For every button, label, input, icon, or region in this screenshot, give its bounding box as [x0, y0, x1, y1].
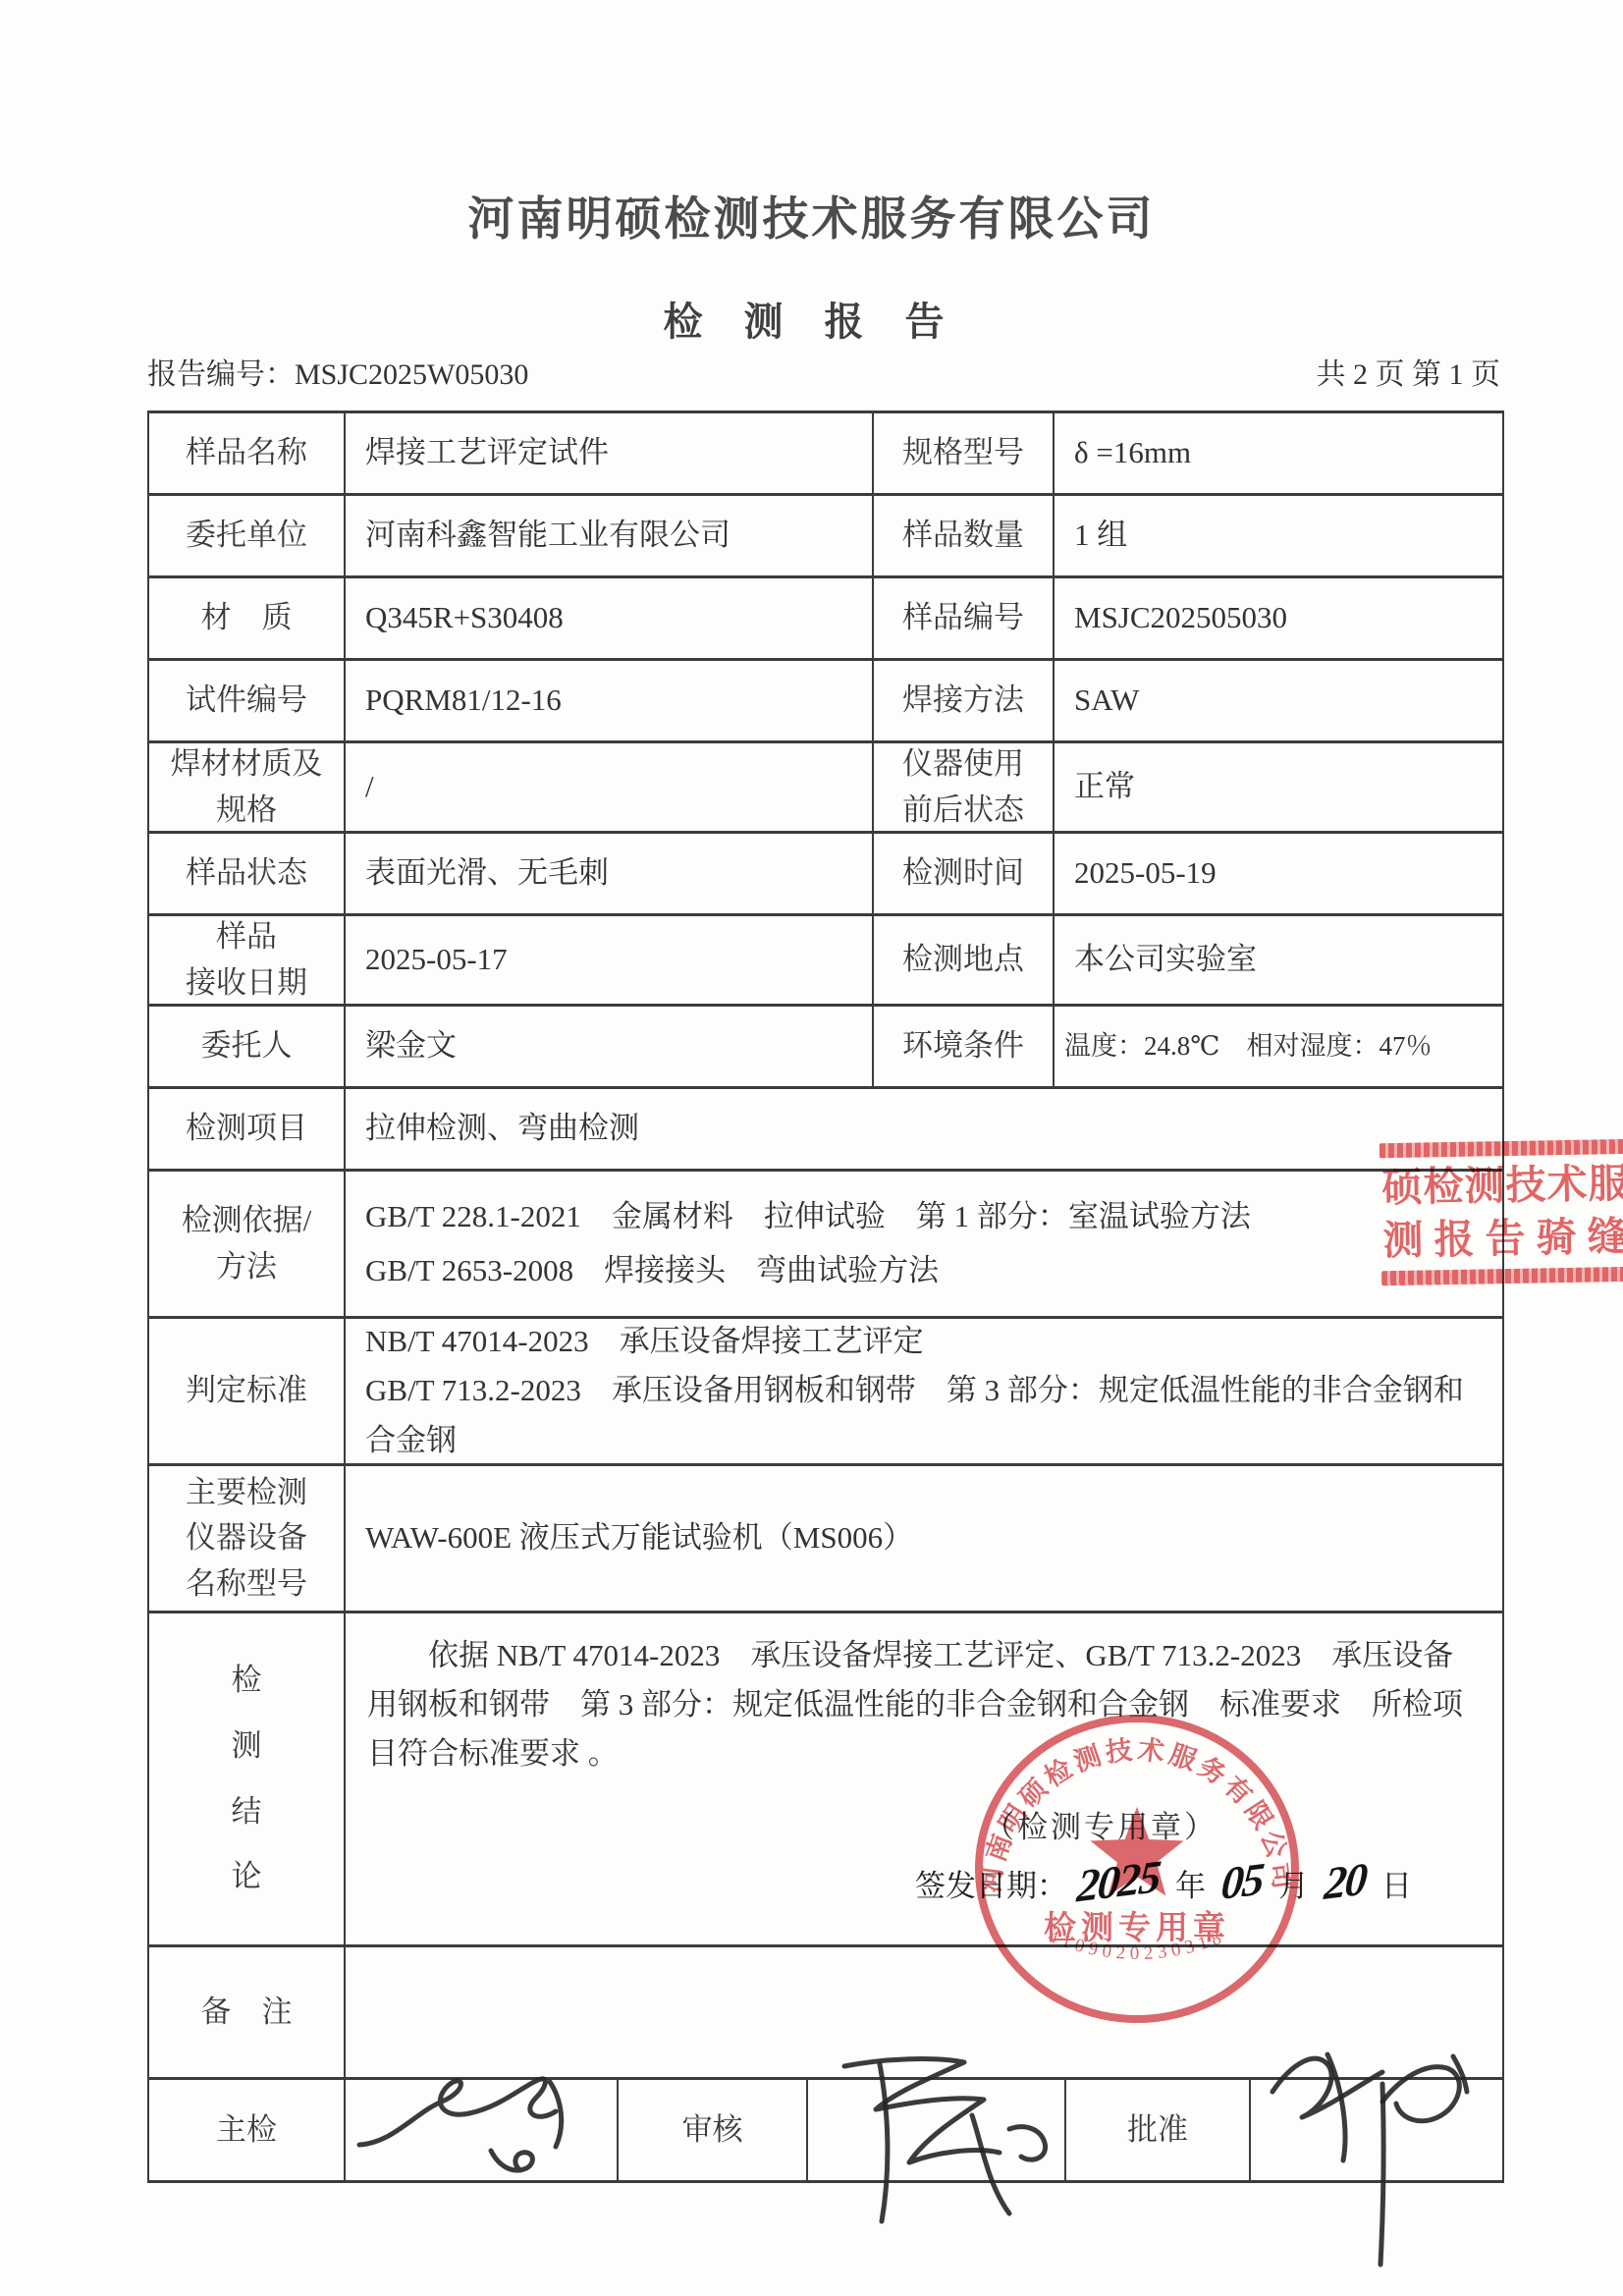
value-remark	[346, 1947, 1504, 2080]
label-environment: 环境条件	[874, 1007, 1055, 1089]
label-sample-qty: 样品数量	[874, 496, 1055, 578]
handwritten-year: 2025	[1075, 1849, 1162, 1912]
report-page: 河南明硕检测技术服务有限公司 检 测 报 告 报告编号：MSJC2025W050…	[0, 0, 1623, 2296]
value-weld-method: SAW	[1055, 661, 1504, 743]
value-instrument-state: 正常	[1055, 743, 1504, 834]
label-client: 委托单位	[149, 496, 346, 578]
label-approver: 批准	[1066, 2080, 1251, 2183]
reviewer-signature-cell	[808, 2080, 1066, 2183]
value-receive-date: 2025-05-17	[346, 916, 874, 1007]
conclusion-cell: 依据 NB/T 47014-2023 承压设备焊接工艺评定、GB/T 713.2…	[346, 1613, 1504, 1947]
label-material: 材 质	[149, 578, 346, 661]
value-main-instrument: WAW-600E 液压式万能试验机（MS006）	[346, 1466, 1504, 1613]
label-main-instrument: 主要检测 仪器设备 名称型号	[149, 1466, 346, 1613]
value-material: Q345R+S30408	[346, 578, 874, 661]
label-test-basis: 检测依据/ 方法	[149, 1172, 346, 1319]
label-inspector: 主检	[149, 2080, 346, 2183]
value-sample-name: 焊接工艺评定试件	[346, 413, 874, 496]
issue-date-line: 签发日期：2025年05月20日	[915, 1855, 1418, 1907]
label-receive-date: 样品 接收日期	[149, 916, 346, 1007]
label-sample-no: 样品编号	[874, 578, 1055, 661]
label-sample-state: 样品状态	[149, 834, 346, 916]
label-judge-standard: 判定标准	[149, 1319, 346, 1466]
value-sample-state: 表面光滑、无毛刺	[346, 834, 874, 916]
value-test-place: 本公司实验室	[1055, 916, 1504, 1007]
inspector-signature-cell	[346, 2080, 619, 2183]
label-applicant: 委托人	[149, 1007, 346, 1089]
report-number-value: MSJC2025W05030	[295, 358, 528, 391]
value-applicant: 梁金文	[346, 1007, 874, 1089]
label-sample-name: 样品名称	[149, 413, 346, 496]
value-test-date: 2025-05-19	[1055, 834, 1504, 916]
value-sample-no: MSJC202505030	[1055, 578, 1504, 661]
conclusion-text: 依据 NB/T 47014-2023 承压设备焊接工艺评定、GB/T 713.2…	[346, 1613, 1502, 1779]
label-conclusion: 检 测 结 论	[149, 1613, 346, 1947]
approver-signature-cell	[1251, 2080, 1504, 2183]
issue-date-label: 签发日期：	[915, 1869, 1067, 1903]
value-client: 河南科鑫智能工业有限公司	[346, 496, 874, 578]
label-test-place: 检测地点	[874, 916, 1055, 1007]
company-name: 河南明硕检测技术服务有限公司	[0, 183, 1623, 248]
handwritten-day: 20	[1323, 1852, 1368, 1910]
value-sample-qty: 1 组	[1055, 496, 1504, 578]
seal-caption: （检测专用章）	[984, 1802, 1217, 1846]
label-spec-model: 规格型号	[874, 413, 1055, 496]
label-remark: 备 注	[149, 1947, 346, 2080]
report-number-label: 报告编号：	[147, 358, 295, 391]
label-instrument-state: 仪器使用 前后状态	[874, 743, 1055, 834]
label-test-date: 检测时间	[874, 834, 1055, 916]
value-spec-model: δ =16mm	[1055, 413, 1504, 496]
handwritten-month: 05	[1219, 1852, 1265, 1910]
day-unit: 日	[1381, 1869, 1412, 1903]
label-reviewer: 审核	[619, 2080, 808, 2183]
month-unit: 月	[1278, 1869, 1309, 1903]
label-filler-spec: 焊材材质及 规格	[149, 743, 346, 834]
report-meta: 报告编号：MSJC2025W05030 共 2 页 第 1 页	[147, 350, 1500, 393]
report-table: 样品名称 焊接工艺评定试件 规格型号 δ =16mm 委托单位 河南科鑫智能工业…	[147, 410, 1504, 2183]
value-test-basis: GB/T 228.1-2021 金属材料 拉伸试验 第 1 部分：室温试验方法 …	[346, 1172, 1504, 1319]
value-filler-spec: /	[346, 743, 874, 834]
report-title: 检 测 报 告	[0, 291, 1623, 347]
label-weld-method: 焊接方法	[874, 661, 1055, 743]
label-test-items: 检测项目	[149, 1089, 346, 1172]
value-specimen-no: PQRM81/12-16	[346, 661, 874, 743]
value-environment: 温度：24.8℃ 相对湿度：47％	[1055, 1007, 1504, 1089]
value-judge-standard: NB/T 47014-2023 承压设备焊接工艺评定 GB/T 713.2-20…	[346, 1319, 1504, 1466]
year-unit: 年	[1175, 1869, 1206, 1903]
value-test-items: 拉伸检测、弯曲检测	[346, 1089, 1504, 1172]
report-number: 报告编号：MSJC2025W05030	[147, 350, 528, 393]
label-specimen-no: 试件编号	[149, 661, 346, 743]
pagination: 共 2 页 第 1 页	[1317, 350, 1501, 393]
